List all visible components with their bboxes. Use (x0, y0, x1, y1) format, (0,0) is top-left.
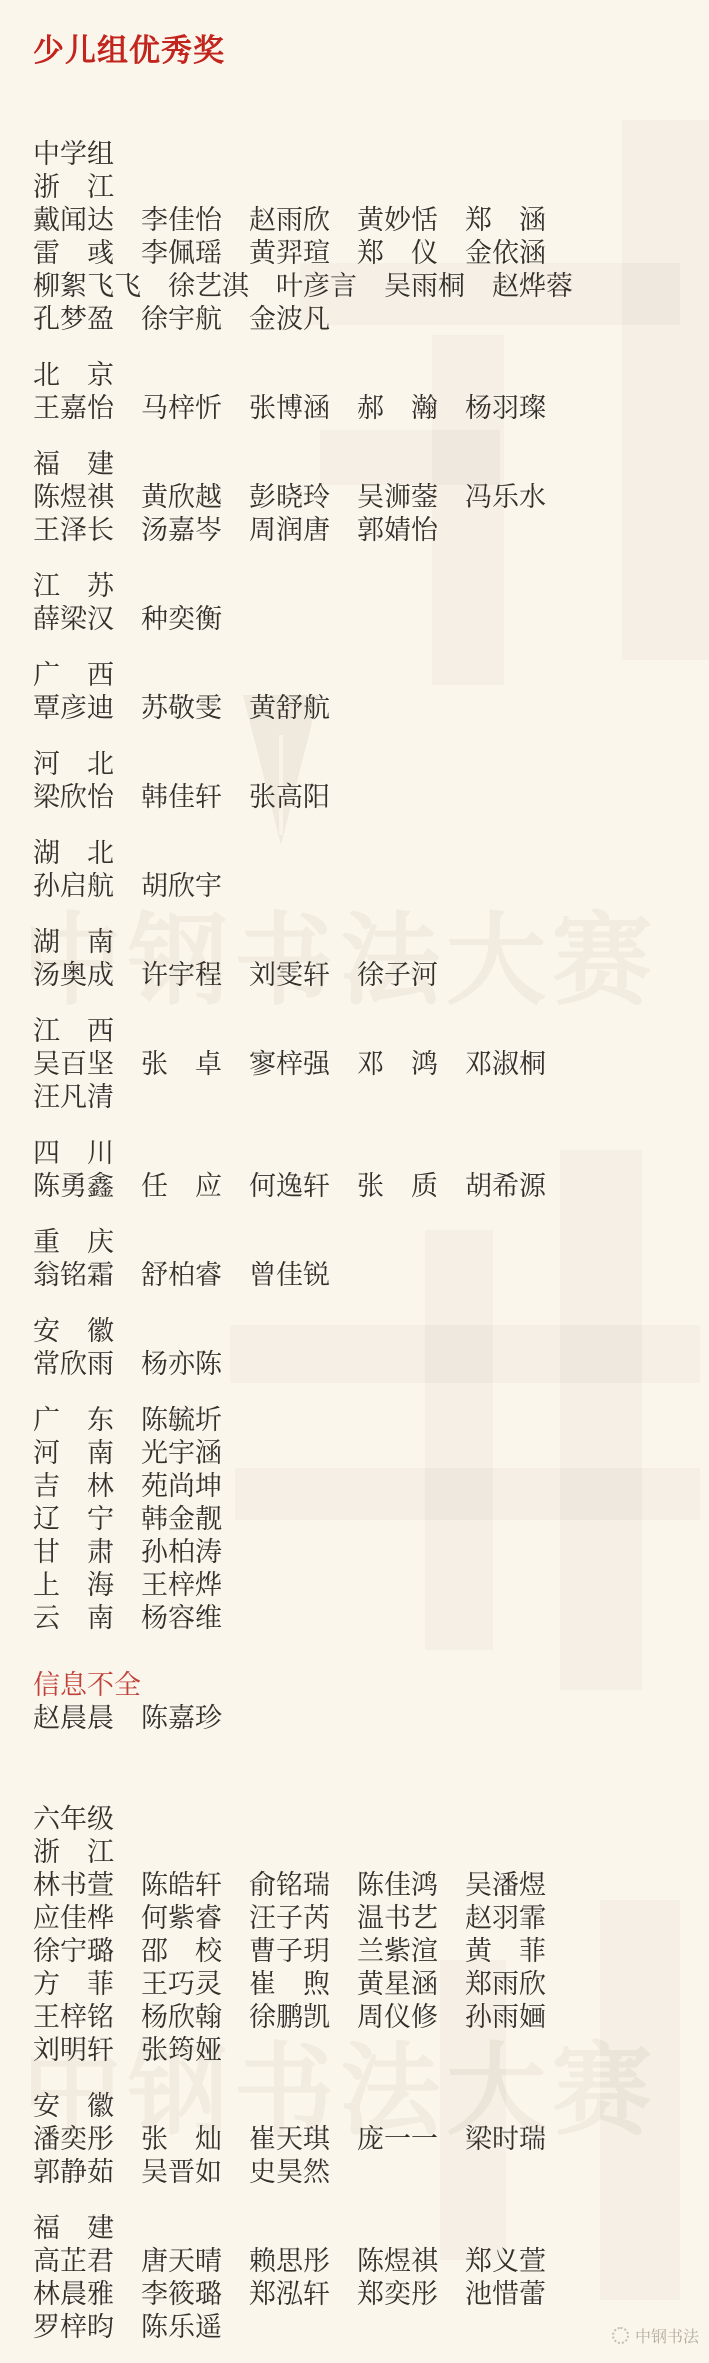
province-group: 广 西覃彦迪 苏敬雯 黄舒航 (33, 659, 699, 725)
province-group: 福 建陈煜祺 黄欣越 彭晓玲 吴浉蓥 冯乐水王泽长 汤嘉岑 周润唐 郭婧怡 (33, 448, 699, 547)
name-line: 柳絮飞飞 徐艺淇 叶彦言 吴雨桐 赵烨蓉 (33, 270, 699, 303)
name-line: 吉 林 苑尚坤 (33, 1470, 699, 1503)
name-line: 陈煜祺 黄欣越 彭晓玲 吴浉蓥 冯乐水 (33, 481, 699, 514)
name-line: 陈勇鑫 任 应 何逸轩 张 质 胡希源 (33, 1170, 699, 1203)
province-group: 福 建高芷君 唐天晴 赖思彤 陈煜祺 郑义萱林晨雅 李筱璐 郑泓轩 郑奕彤 池惜… (33, 2212, 699, 2344)
page-title: 少儿组优秀奖 (0, 0, 709, 72)
award-list: 中学组浙 江戴闻达 李佳怡 赵雨欣 黄妙恬 郑 涵雷 彧 李佩瑶 黄羿瑄 郑 仪… (0, 138, 709, 2344)
name-line: 孔梦盈 徐宇航 金波凡 (33, 303, 699, 336)
name-line: 罗梓昀 陈乐遥 (33, 2311, 699, 2344)
name-line: 潘奕彤 张 灿 崔天琪 庞一一 梁时瑞 (33, 2123, 699, 2156)
name-line: 辽 宁 韩金靓 (33, 1503, 699, 1536)
province-label: 浙 江 (33, 1836, 699, 1869)
province-group: 江 西吴百坚 张 卓 寥梓强 邓 鸿 邓淑桐汪凡清 (33, 1015, 699, 1114)
name-line: 上 海 王梓烨 (33, 1569, 699, 1602)
province-label: 湖 北 (33, 837, 699, 870)
article-page: 中钢书法大赛 中钢书法大赛 少儿组优秀奖 中学组浙 江戴闻达 李佳怡 赵雨欣 黄… (0, 0, 709, 2363)
award-section: 六年级浙 江林书萱 陈皓轩 俞铭瑞 陈佳鸿 吴潘煜应佳桦 何紫睿 汪子芮 温书艺… (33, 1803, 699, 2344)
province-label: 安 徽 (33, 1315, 699, 1348)
name-line: 雷 彧 李佩瑶 黄羿瑄 郑 仪 金依涵 (33, 237, 699, 270)
province-label: 四 川 (33, 1137, 699, 1170)
name-line: 王泽长 汤嘉岑 周润唐 郭婧怡 (33, 514, 699, 547)
name-line: 林书萱 陈皓轩 俞铭瑞 陈佳鸿 吴潘煜 (33, 1869, 699, 1902)
name-line: 王嘉怡 马梓忻 张博涵 郝 瀚 杨羽璨 (33, 392, 699, 425)
section-heading: 中学组 (33, 138, 699, 171)
name-line: 赵晨晨 陈嘉珍 (33, 1702, 699, 1735)
province-group: 四 川陈勇鑫 任 应 何逸轩 张 质 胡希源 (33, 1137, 699, 1203)
name-line: 汪凡清 (33, 1081, 699, 1114)
award-section: 中学组浙 江戴闻达 李佳怡 赵雨欣 黄妙恬 郑 涵雷 彧 李佩瑶 黄羿瑄 郑 仪… (33, 138, 699, 1735)
brand-watermark: 中钢书法 (612, 2324, 699, 2347)
name-line: 应佳桦 何紫睿 汪子芮 温书艺 赵羽霏 (33, 1902, 699, 1935)
province-group: 浙 江戴闻达 李佳怡 赵雨欣 黄妙恬 郑 涵雷 彧 李佩瑶 黄羿瑄 郑 仪 金依… (33, 171, 699, 336)
name-line: 覃彦迪 苏敬雯 黄舒航 (33, 692, 699, 725)
province-group: 江 苏薛梁汉 种奕衡 (33, 570, 699, 636)
province-group: 信息不全赵晨晨 陈嘉珍 (33, 1669, 699, 1735)
name-line: 方 菲 王巧灵 崔 煦 黄星涵 郑雨欣 (33, 1968, 699, 2001)
name-line: 广 东 陈毓圻 (33, 1404, 699, 1437)
province-group: 安 徽常欣雨 杨亦陈 (33, 1315, 699, 1381)
section-heading: 六年级 (33, 1803, 699, 1836)
name-line: 薛梁汉 种奕衡 (33, 603, 699, 636)
name-line: 孙启航 胡欣宇 (33, 870, 699, 903)
province-group: 北 京王嘉怡 马梓忻 张博涵 郝 瀚 杨羽璨 (33, 359, 699, 425)
province-label: 福 建 (33, 448, 699, 481)
province-label: 北 京 (33, 359, 699, 392)
name-line: 高芷君 唐天晴 赖思彤 陈煜祺 郑义萱 (33, 2245, 699, 2278)
name-line: 徐宁璐 邵 校 曹子玥 兰紫渲 黄 菲 (33, 1935, 699, 1968)
province-label: 河 北 (33, 748, 699, 781)
name-line: 梁欣怡 韩佳轩 张高阳 (33, 781, 699, 814)
province-label: 福 建 (33, 2212, 699, 2245)
name-line: 吴百坚 张 卓 寥梓强 邓 鸿 邓淑桐 (33, 1048, 699, 1081)
name-line: 翁铭霜 舒柏睿 曾佳锐 (33, 1259, 699, 1292)
name-line: 王梓铭 杨欣翰 徐鹏凯 周仪修 孙雨婳 (33, 2001, 699, 2034)
brand-logo-icon (612, 2327, 629, 2344)
province-group: 湖 北孙启航 胡欣宇 (33, 837, 699, 903)
province-label: 江 苏 (33, 570, 699, 603)
province-label: 重 庆 (33, 1226, 699, 1259)
province-group: 湖 南汤奥成 许宇程 刘雯轩 徐子河 (33, 926, 699, 992)
name-line: 戴闻达 李佳怡 赵雨欣 黄妙恬 郑 涵 (33, 204, 699, 237)
name-line: 林晨雅 李筱璐 郑泓轩 郑奕彤 池惜蕾 (33, 2278, 699, 2311)
brand-text: 中钢书法 (635, 2324, 699, 2347)
province-group: 安 徽潘奕彤 张 灿 崔天琪 庞一一 梁时瑞郭静茹 吴晋如 史昊然 (33, 2090, 699, 2189)
province-label: 浙 江 (33, 171, 699, 204)
province-label: 安 徽 (33, 2090, 699, 2123)
name-line: 河 南 光宇涵 (33, 1437, 699, 1470)
province-group: 广 东 陈毓圻河 南 光宇涵吉 林 苑尚坤辽 宁 韩金靓甘 肃 孙柏涛上 海 王… (33, 1404, 699, 1635)
province-label: 江 西 (33, 1015, 699, 1048)
province-group: 重 庆翁铭霜 舒柏睿 曾佳锐 (33, 1226, 699, 1292)
name-line: 常欣雨 杨亦陈 (33, 1348, 699, 1381)
name-line: 云 南 杨容维 (33, 1602, 699, 1635)
name-line: 郭静茹 吴晋如 史昊然 (33, 2156, 699, 2189)
name-line: 甘 肃 孙柏涛 (33, 1536, 699, 1569)
name-line: 汤奥成 许宇程 刘雯轩 徐子河 (33, 959, 699, 992)
notice-label: 信息不全 (33, 1669, 699, 1702)
province-label: 广 西 (33, 659, 699, 692)
province-group: 浙 江林书萱 陈皓轩 俞铭瑞 陈佳鸿 吴潘煜应佳桦 何紫睿 汪子芮 温书艺 赵羽… (33, 1836, 699, 2067)
name-line: 刘明轩 张筠娅 (33, 2034, 699, 2067)
province-group: 河 北梁欣怡 韩佳轩 张高阳 (33, 748, 699, 814)
province-label: 湖 南 (33, 926, 699, 959)
